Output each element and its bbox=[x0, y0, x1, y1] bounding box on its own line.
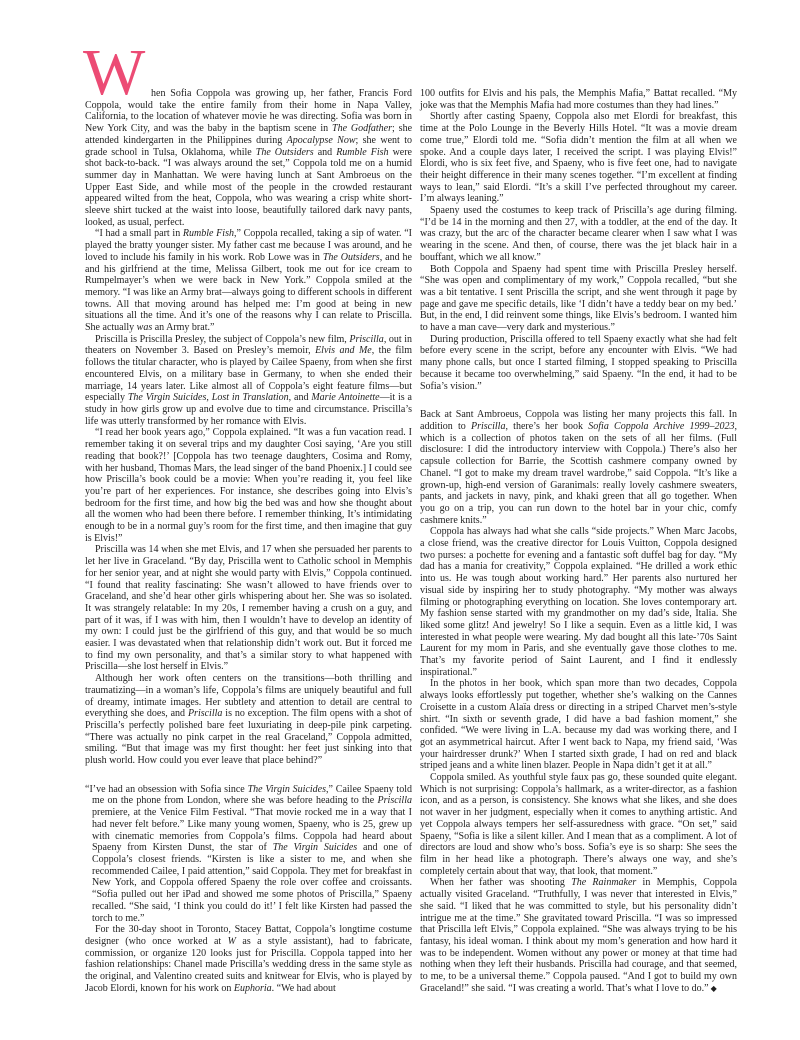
paragraph: Priscilla was 14 when she met Elvis, and… bbox=[85, 544, 412, 673]
paragraph: Coppola smiled. As youthful style faux p… bbox=[420, 772, 737, 877]
end-of-article-mark: ◆ bbox=[709, 984, 717, 993]
paragraph: “I read her book years ago,” Coppola exp… bbox=[85, 427, 412, 544]
article-body: hen Sofia Coppola was growing up, her fa… bbox=[0, 0, 800, 994]
paragraph: Coppola has always had what she calls “s… bbox=[420, 526, 737, 678]
paragraph: “I’ve had an obsession with Sofia since … bbox=[85, 784, 412, 924]
paragraph: Spaeny used the costumes to keep track o… bbox=[420, 205, 737, 264]
paragraph: “I had a small part in Rumble Fish,” Cop… bbox=[85, 228, 412, 333]
column-right: 100 outfits for Elvis and his pals, the … bbox=[420, 88, 737, 994]
paragraph: Although her work often centers on the t… bbox=[85, 673, 412, 767]
paragraph: Back at Sant Ambroeus, Coppola was listi… bbox=[420, 409, 737, 526]
paragraph: During production, Priscilla offered to … bbox=[420, 334, 737, 393]
paragraph: For the 30-day shoot in Toronto, Stacey … bbox=[85, 924, 412, 994]
paragraph: Priscilla is Priscilla Presley, the subj… bbox=[85, 334, 412, 428]
column-left: hen Sofia Coppola was growing up, her fa… bbox=[85, 88, 412, 994]
paragraph: Shortly after casting Spaeny, Coppola al… bbox=[420, 111, 737, 205]
paragraph: 100 outfits for Elvis and his pals, the … bbox=[420, 88, 737, 111]
paragraph: When her father was shooting The Rainmak… bbox=[420, 877, 737, 994]
paragraph: In the photos in her book, which span mo… bbox=[420, 678, 737, 772]
paragraph: Both Coppola and Spaeny had spent time w… bbox=[420, 264, 737, 334]
magazine-page: W hen Sofia Coppola was growing up, her … bbox=[0, 0, 800, 1040]
dropcap-letter: W bbox=[83, 47, 145, 99]
paragraph: hen Sofia Coppola was growing up, her fa… bbox=[85, 88, 412, 228]
